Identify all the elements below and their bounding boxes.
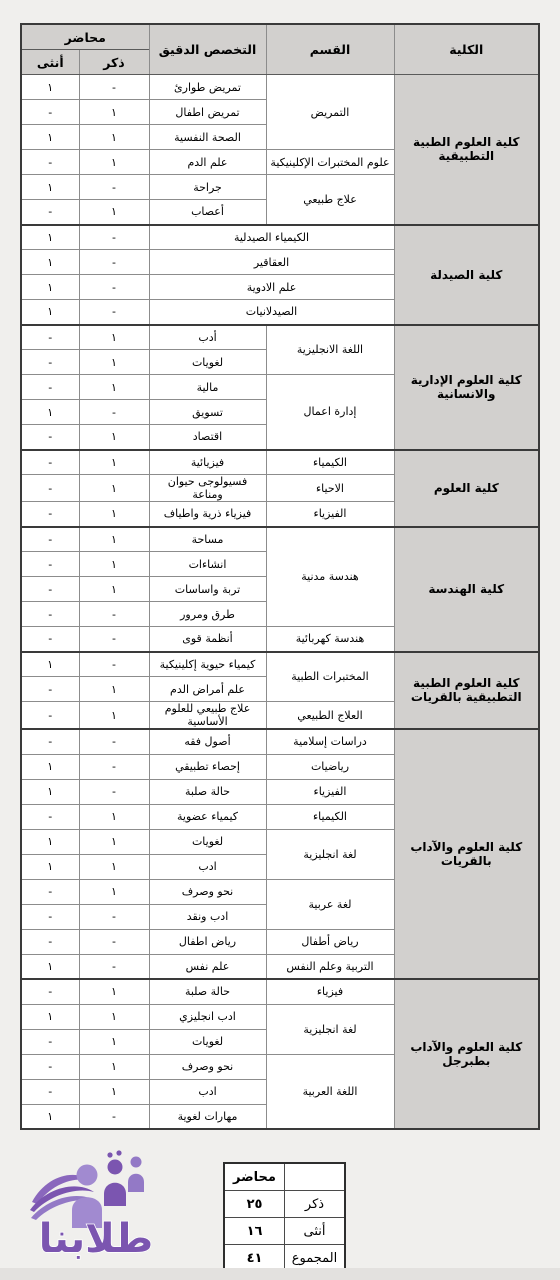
male-count-cell: ١ (79, 829, 149, 854)
female-count-cell: ١ (21, 754, 79, 779)
spec-cell: الصحة النفسية (149, 125, 266, 150)
female-count-cell: ١ (21, 829, 79, 854)
male-count-cell: - (79, 729, 149, 754)
male-count-cell: ١ (79, 677, 149, 702)
department-cell: الفيزياء (266, 779, 394, 804)
tullabna-logo: طلابنا (24, 1148, 164, 1268)
female-count-cell: - (21, 879, 79, 904)
spec-cell: لغويات (149, 350, 266, 375)
female-count-cell: - (21, 729, 79, 754)
female-count-cell: - (21, 150, 79, 175)
female-count-cell: ١ (21, 300, 79, 325)
female-count-cell: ١ (21, 175, 79, 200)
male-count-cell: ١ (79, 1029, 149, 1054)
female-count-cell: - (21, 552, 79, 577)
department-cell: هندسة كهربائية (266, 627, 394, 652)
lecturer-group-header: محاضر (21, 24, 149, 50)
spec-cell: تمريض طوارئ (149, 75, 266, 100)
department-cell: الفيزياء (266, 502, 394, 527)
spec-cell: ادب (149, 1079, 266, 1104)
female-count-cell: - (21, 1029, 79, 1054)
male-count-cell: ١ (79, 375, 149, 400)
college-cell: كلية العلوم الطبية التطبيقية بالقريات (394, 652, 539, 730)
male-count-cell: ١ (79, 879, 149, 904)
department-cell: اللغة الانجليزية (266, 325, 394, 375)
male-count-cell: - (79, 754, 149, 779)
spec-cell: مساحة (149, 527, 266, 552)
spec-cell: حالة صلبة (149, 979, 266, 1004)
female-count-cell: - (21, 425, 79, 450)
female-count-cell: - (21, 577, 79, 602)
female-count-cell: - (21, 375, 79, 400)
female-count-cell: ١ (21, 400, 79, 425)
table-row: كلية الهندسةهندسة مدنيةمساحة١- (21, 527, 539, 552)
department-cell: اللغة العربية (266, 1054, 394, 1129)
male-count-cell: - (79, 904, 149, 929)
spec-cell: علم أمراض الدم (149, 677, 266, 702)
spec-cell: لغويات (149, 829, 266, 854)
college-column-header: الكلية (394, 24, 539, 75)
spec-cell: اقتصاد (149, 425, 266, 450)
female-count-cell: ١ (21, 954, 79, 979)
spec-cell: انشاءات (149, 552, 266, 577)
spec-cell: مالية (149, 375, 266, 400)
table-row: كلية العلوم الطبية التطبيقية بالقرياتالم… (21, 652, 539, 677)
summary-male-value: ٢٥ (224, 1191, 285, 1218)
table-row: كلية الصيدلةالكيمياء الصيدلية-١ (21, 225, 539, 250)
male-count-cell: - (79, 929, 149, 954)
male-count-cell: ١ (79, 200, 149, 225)
spec-cell: كيمياء حيوية إكلينيكية (149, 652, 266, 677)
male-count-cell: ١ (79, 1004, 149, 1029)
department-cell: علاج طبيعي (266, 175, 394, 225)
female-count-cell: - (21, 1054, 79, 1079)
department-cell: المختبرات الطبية (266, 652, 394, 702)
table-row: كلية العلوم والآداب بالقرياتدراسات إسلام… (21, 729, 539, 754)
spec-cell: فسيولوجى حيوان ومناعة (149, 475, 266, 502)
page-bottom-margin (0, 1268, 560, 1280)
male-count-cell: - (79, 602, 149, 627)
department-cell: دراسات إسلامية (266, 729, 394, 754)
college-cell: كلية العلوم (394, 450, 539, 527)
spec-cell: ادب ونقد (149, 904, 266, 929)
female-count-cell: ١ (21, 250, 79, 275)
male-count-cell: ١ (79, 100, 149, 125)
male-count-cell: - (79, 954, 149, 979)
male-count-cell: - (79, 652, 149, 677)
spec-cell: ادب انجليزي (149, 1004, 266, 1029)
college-cell: كلية العلوم والآداب بالقريات (394, 729, 539, 979)
table-row: كلية العلومالكيمياءفيزيائية١- (21, 450, 539, 475)
male-count-cell: ١ (79, 552, 149, 577)
female-count-cell: - (21, 325, 79, 350)
female-count-cell: - (21, 1079, 79, 1104)
spec-cell: لغويات (149, 1029, 266, 1054)
spec-cell: أعصاب (149, 200, 266, 225)
spec-cell: الكيمياء الصيدلية (149, 225, 394, 250)
spec-cell: رياض اطفال (149, 929, 266, 954)
specialization-column-header: التخصص الدقيق (149, 24, 266, 75)
college-cell: كلية العلوم الإدارية والانسانية (394, 325, 539, 450)
female-count-cell: ١ (21, 225, 79, 250)
male-count-cell: - (79, 75, 149, 100)
male-count-cell: ١ (79, 804, 149, 829)
male-count-cell: - (79, 300, 149, 325)
summary-female-value: ١٦ (224, 1218, 285, 1245)
spec-cell: طرق ومرور (149, 602, 266, 627)
summary-female-label: أنثى (285, 1218, 346, 1245)
male-count-cell: ١ (79, 325, 149, 350)
male-count-cell: ١ (79, 125, 149, 150)
female-count-cell: - (21, 904, 79, 929)
spec-cell: علم نفس (149, 954, 266, 979)
spec-cell: تمريض اطفال (149, 100, 266, 125)
department-cell: رياضيات (266, 754, 394, 779)
spec-cell: علم الادوية (149, 275, 394, 300)
department-cell: التربية وعلم النفس (266, 954, 394, 979)
spec-cell: حالة صلبة (149, 779, 266, 804)
table-row: كلية العلوم والآداب بطبرجلفيزياءحالة صلب… (21, 979, 539, 1004)
female-count-cell: - (21, 702, 79, 730)
department-cell: هندسة مدنية (266, 527, 394, 627)
spec-cell: تسويق (149, 400, 266, 425)
spec-cell: إحصاء تطبيقي (149, 754, 266, 779)
spec-cell: ادب (149, 854, 266, 879)
department-cell: فيزياء (266, 979, 394, 1004)
college-cell: كلية الهندسة (394, 527, 539, 652)
male-count-cell: ١ (79, 1079, 149, 1104)
female-count-cell: ١ (21, 652, 79, 677)
male-count-cell: - (79, 627, 149, 652)
male-count-cell: - (79, 1104, 149, 1129)
spec-cell: العقاقير (149, 250, 394, 275)
female-count-cell: - (21, 502, 79, 527)
male-count-cell: - (79, 175, 149, 200)
male-count-cell: ١ (79, 979, 149, 1004)
lecturers-by-college-table: الكلية القسم التخصص الدقيق محاضر ذكر أنث… (20, 23, 540, 1130)
male-count-cell: ١ (79, 425, 149, 450)
department-cell: لغة عربية (266, 879, 394, 929)
female-count-cell: ١ (21, 75, 79, 100)
college-cell: كلية العلوم الطبية التطبيقية (394, 75, 539, 225)
female-count-cell: - (21, 100, 79, 125)
female-count-cell: - (21, 527, 79, 552)
spec-cell: علاج طبيعي للعلوم الأساسية (149, 702, 266, 730)
male-count-cell: - (79, 250, 149, 275)
male-count-cell: ١ (79, 450, 149, 475)
male-count-cell: - (79, 400, 149, 425)
male-count-cell: ١ (79, 475, 149, 502)
department-cell: إدارة اعمال (266, 375, 394, 450)
spec-cell: تربة واساسات (149, 577, 266, 602)
spec-cell: الصيدلانيات (149, 300, 394, 325)
female-count-cell: ١ (21, 1104, 79, 1129)
college-cell: كلية العلوم والآداب بطبرجل (394, 979, 539, 1129)
department-cell: لغة انجليزية (266, 1004, 394, 1054)
department-cell: لغة انجليزية (266, 829, 394, 879)
male-count-cell: ١ (79, 502, 149, 527)
table-row: كلية العلوم الإدارية والانسانيةاللغة الا… (21, 325, 539, 350)
male-count-cell: ١ (79, 527, 149, 552)
male-count-cell: ١ (79, 854, 149, 879)
female-count-cell: ١ (21, 854, 79, 879)
spec-cell: كيمياء عضوية (149, 804, 266, 829)
male-count-cell: - (79, 275, 149, 300)
male-count-cell: ١ (79, 577, 149, 602)
department-cell: التمريض (266, 75, 394, 150)
male-column-header: ذكر (79, 50, 149, 75)
female-count-cell: - (21, 627, 79, 652)
female-count-cell: - (21, 929, 79, 954)
summary-male-label: ذكر (285, 1191, 346, 1218)
spec-cell: أدب (149, 325, 266, 350)
department-cell: العلاج الطبيعي (266, 702, 394, 730)
female-count-cell: ١ (21, 1004, 79, 1029)
spec-cell: علم الدم (149, 150, 266, 175)
male-count-cell: - (79, 225, 149, 250)
male-count-cell: ١ (79, 150, 149, 175)
female-count-cell: ١ (21, 125, 79, 150)
spec-cell: فيزياء ذرية واطياف (149, 502, 266, 527)
female-count-cell: - (21, 804, 79, 829)
female-count-cell: - (21, 200, 79, 225)
female-count-cell: ١ (21, 779, 79, 804)
female-count-cell: - (21, 350, 79, 375)
logo-wordmark: طلابنا (39, 1216, 153, 1262)
department-column-header: القسم (266, 24, 394, 75)
summary-empty-cell (285, 1163, 346, 1191)
spec-cell: جراحة (149, 175, 266, 200)
department-cell: الاحياء (266, 475, 394, 502)
spec-cell: مهارات لغوية (149, 1104, 266, 1129)
female-count-cell: - (21, 450, 79, 475)
male-count-cell: - (79, 779, 149, 804)
department-cell: الكيمياء (266, 804, 394, 829)
lecturer-totals-table: محاضر ذكر ٢٥ أنثى ١٦ المجموع ٤١ (223, 1162, 346, 1273)
table-row: كلية العلوم الطبية التطبيقيةالتمريضتمريض… (21, 75, 539, 100)
college-cell: كلية الصيدلة (394, 225, 539, 325)
male-count-cell: ١ (79, 702, 149, 730)
department-cell: رياض أطفال (266, 929, 394, 954)
spec-cell: فيزيائية (149, 450, 266, 475)
female-count-cell: - (21, 475, 79, 502)
male-count-cell: ١ (79, 350, 149, 375)
spec-cell: أصول فقه (149, 729, 266, 754)
female-column-header: أنثى (21, 50, 79, 75)
male-count-cell: ١ (79, 1054, 149, 1079)
female-count-cell: - (21, 979, 79, 1004)
spec-cell: نحو وصرف (149, 1054, 266, 1079)
spec-cell: نحو وصرف (149, 879, 266, 904)
spec-cell: أنظمة قوى (149, 627, 266, 652)
department-cell: الكيمياء (266, 450, 394, 475)
department-cell: علوم المختبرات الإكلينيكية (266, 150, 394, 175)
summary-lecturer-header: محاضر (224, 1163, 285, 1191)
female-count-cell: - (21, 602, 79, 627)
female-count-cell: ١ (21, 275, 79, 300)
female-count-cell: - (21, 677, 79, 702)
